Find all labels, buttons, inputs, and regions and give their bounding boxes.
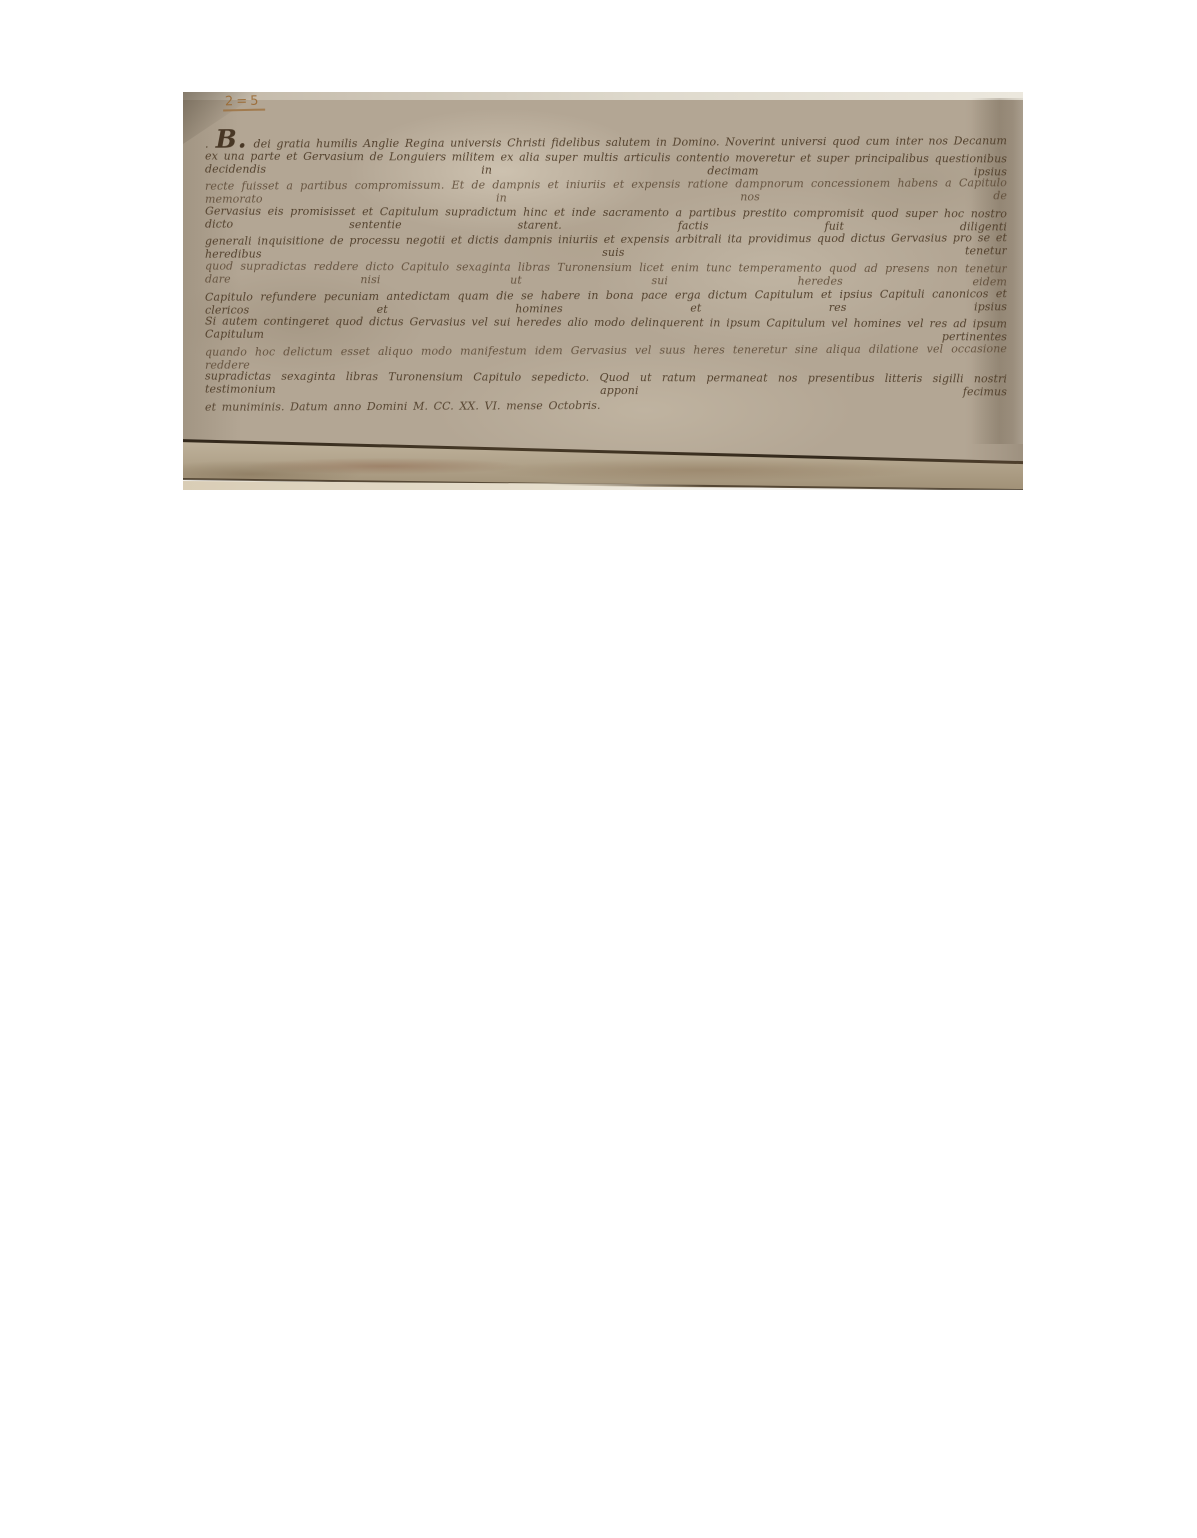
- manuscript-line: .B.dei gratia humilis Anglie Regina univ…: [205, 121, 1007, 152]
- manuscript-line: Capitulo refundere pecuniam antedictam q…: [205, 287, 1007, 318]
- drop-initial: B.: [216, 125, 248, 153]
- manuscript-line: supradictas sexaginta libras Turonensium…: [205, 370, 1007, 400]
- manuscript-line: generali inquisitione de processu negoti…: [205, 232, 1007, 263]
- manuscript-line: quod supradictas reddere dicto Capitulo …: [205, 260, 1007, 290]
- parchment-photo: 2=5 .B.dei gratia humilis Anglie Regina …: [183, 92, 1023, 490]
- manuscript-line: Si autem contingeret quod dictus Gervasi…: [205, 315, 1007, 345]
- manuscript-line: quando hoc delictum esset aliquo modo ma…: [205, 342, 1007, 373]
- manuscript-line: ex una parte et Gervasium de Longuiers m…: [205, 149, 1007, 179]
- shelf-mark: 2=5: [223, 94, 266, 112]
- manuscript-line: recte fuisset a partibus compromissum. E…: [205, 176, 1007, 207]
- photo-top-strip: [183, 92, 1023, 100]
- manuscript-text: .B.dei gratia humilis Anglie Regina univ…: [205, 123, 1007, 427]
- manuscript-dateline: et muniminis. Datum anno Domini M. CC. X…: [205, 397, 1007, 428]
- manuscript-line: Gervasius eis promisisset et Capitulum s…: [205, 204, 1007, 234]
